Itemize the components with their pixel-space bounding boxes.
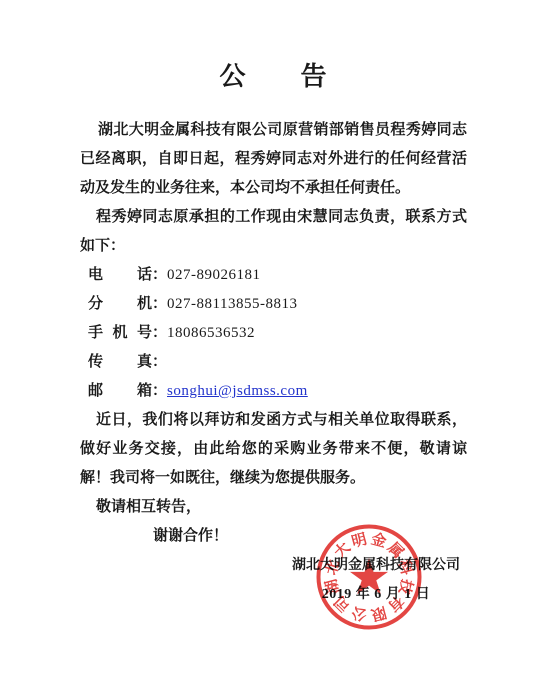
contact-label-email: 邮箱 — [88, 377, 152, 406]
contact-row-fax: 传真： — [80, 348, 467, 377]
contact-value-phone: 027-89026181 — [167, 267, 261, 283]
page-title: 公 告 — [0, 0, 547, 93]
contact-colon: ： — [152, 348, 167, 377]
signature-company: 湖北大明金属科技有限公司 — [290, 551, 462, 580]
contact-label-fax: 传真 — [88, 348, 152, 377]
closing-thanks-line: 谢谢合作！ — [80, 522, 467, 551]
contact-value-mobile: 18086536532 — [167, 325, 255, 341]
paragraph-handover: 程秀婷同志原承担的工作现由宋慧同志负责，联系方式如下： — [80, 203, 467, 261]
contact-row-extension: 分机：027-88113855-8813 — [80, 290, 467, 319]
contact-label-mobile: 手机号 — [88, 319, 152, 348]
contact-colon: ： — [152, 377, 167, 406]
paragraph-resignation: 湖北大明金属科技有限公司原营销部销售员程秀婷同志已经离职，自即日起，程秀婷同志对… — [80, 116, 467, 203]
contact-colon: ： — [152, 319, 167, 348]
announcement-page: 公 告 湖北大明金属科技有限公司原营销部销售员程秀婷同志已经离职，自即日起，程秀… — [0, 0, 547, 683]
contact-colon: ： — [152, 290, 167, 319]
contact-value-extension: 027-88113855-8813 — [167, 296, 297, 312]
closing-notify-line: 敬请相互转告， — [80, 493, 467, 522]
signature-date: 2019 年 6 月 1 日 — [290, 580, 462, 609]
contact-label-phone: 电话 — [88, 261, 152, 290]
contact-label-extension: 分机 — [88, 290, 152, 319]
paragraph-apology: 近日，我们将以拜访和发函方式与相关单位取得联系，做好业务交接，由此给您的采购业务… — [80, 406, 467, 493]
contact-row-phone: 电话：027-89026181 — [80, 261, 467, 290]
document-body: 湖北大明金属科技有限公司原营销部销售员程秀婷同志已经离职，自即日起，程秀婷同志对… — [80, 116, 467, 551]
contact-row-mobile: 手机号：18086536532 — [80, 319, 467, 348]
contact-colon: ： — [152, 261, 167, 290]
email-link[interactable]: songhui@jsdmss.com — [167, 383, 308, 399]
contact-row-email: 邮箱：songhui@jsdmss.com — [80, 377, 467, 406]
signature-block: 湖北大明金属科技有限公司 2019 年 6 月 1 日 — [290, 551, 462, 609]
